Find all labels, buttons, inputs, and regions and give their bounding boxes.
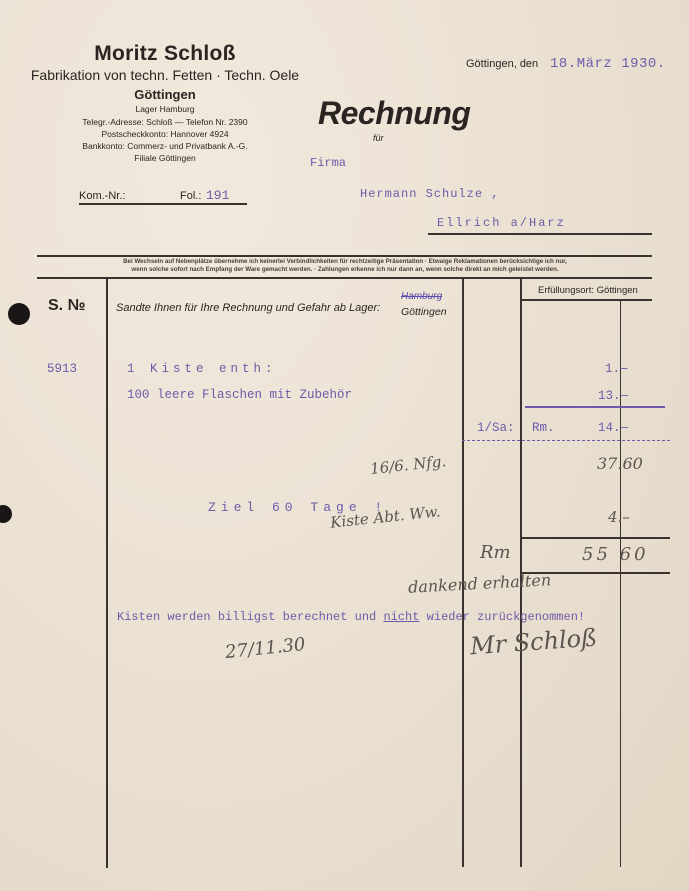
- punch-hole-bottom: [0, 505, 12, 523]
- company-tagline: Fabrikation von techn. Fetten · Techn. O…: [0, 67, 330, 83]
- recipient-city: Ellrich a/Harz: [437, 216, 566, 230]
- crates-note-post: wieder zurückgenommen!: [419, 610, 585, 624]
- handwritten-total-label: Rm: [480, 542, 511, 563]
- recipient-name: Hermann Schulze ,: [360, 187, 499, 201]
- handwritten-amount-1: 37.60: [597, 454, 643, 473]
- crates-note: Kisten werden billigst berechnet und nic…: [117, 610, 585, 624]
- warehouse: Lager Hamburg: [0, 104, 330, 114]
- total-rule: [520, 537, 670, 539]
- date-label: Göttingen, den: [466, 58, 538, 70]
- warehouse-value: Göttingen: [401, 306, 447, 318]
- item-description: 100 leere Flaschen mit Zubehör: [127, 388, 352, 402]
- subtotal-dash-rule: [462, 440, 670, 441]
- reference-underline: [79, 203, 247, 205]
- postcheck-account: Postscheckkonto: Hannover 4924: [0, 129, 330, 139]
- for-label: für: [373, 133, 384, 143]
- handwritten-amount-2: 4.–: [608, 508, 630, 526]
- handwritten-paid-date: 27/11.30: [224, 634, 306, 663]
- subtotal-currency: Rm.: [532, 421, 555, 435]
- disclaimer-line-1: Bei Wechseln auf Nebenplätze übernehme i…: [40, 258, 650, 266]
- crates-note-emphasis: nicht: [383, 610, 419, 624]
- sent-from-text: Sandte Ihnen für Ihre Rechnung und Gefah…: [116, 302, 380, 314]
- company-city: Göttingen: [0, 87, 330, 102]
- punch-hole-top: [8, 303, 30, 325]
- disclaimer-line-2: wenn solche sofort nach Empfang der Ware…: [40, 266, 650, 274]
- disclaimer-top-rule: [37, 255, 652, 257]
- bank-account: Bankkonto: Commerz- und Privatbank A.-G.: [0, 141, 330, 151]
- folio-value: 191: [206, 188, 229, 203]
- item-s-no: 5913: [47, 362, 77, 376]
- subtotal-label: 1/Sa:: [477, 421, 515, 435]
- document-title: Rechnung: [318, 95, 470, 132]
- item-description: 1 Kiste enth:: [127, 362, 277, 376]
- folio-label: Fol.:: [180, 190, 201, 202]
- invoice-date: 18.März 1930.: [550, 56, 666, 72]
- disclaimer-bottom-rule: [37, 277, 652, 279]
- crates-note-pre: Kisten werden billigst berechnet und: [117, 610, 383, 624]
- column-divider-4: [620, 300, 621, 867]
- company-name: Moritz Schloß: [0, 42, 330, 66]
- disclaimer: Bei Wechseln auf Nebenplätze übernehme i…: [40, 258, 650, 274]
- recipient-underline: [428, 233, 652, 235]
- s-no-header: S. №: [48, 297, 85, 315]
- column-divider-1: [106, 279, 108, 868]
- telegraph-phone: Telegr.-Adresse: Schloß — Telefon Nr. 23…: [0, 117, 330, 127]
- bank-branch: Filiale Göttingen: [0, 153, 330, 163]
- signature: Mr Schloß: [469, 624, 598, 661]
- handwritten-note-1: 16/6. Nfg.: [369, 452, 447, 478]
- subtotal-rule: [525, 406, 665, 408]
- item-amount: 1.—: [605, 362, 628, 376]
- warehouse-struck: Hamburg: [401, 291, 442, 302]
- subtotal-amount: 14.—: [598, 421, 628, 435]
- recipient-prefix: Firma: [310, 156, 346, 170]
- kom-nr-label: Kom.-Nr.:: [79, 190, 125, 202]
- fulfillment-place: Erfüllungsort: Göttingen: [538, 285, 638, 296]
- item-amount: 13.—: [598, 389, 628, 403]
- column-divider-2: [462, 279, 464, 867]
- handwritten-receipt: dankend erhalten: [408, 570, 552, 596]
- handwritten-total: 55 60: [582, 544, 649, 565]
- fulfillment-rule: [520, 299, 652, 301]
